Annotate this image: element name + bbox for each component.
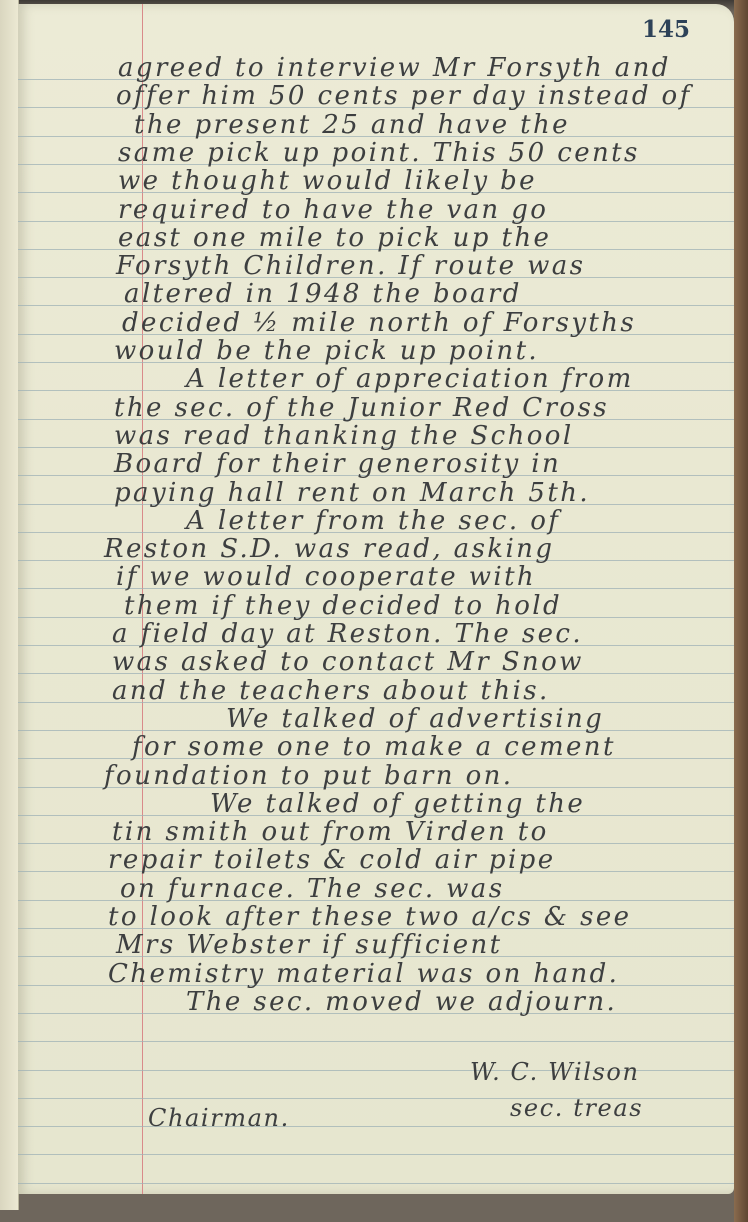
ruled-line xyxy=(18,1154,734,1155)
previous-page-edge xyxy=(0,0,19,1210)
ruled-line xyxy=(18,1183,734,1184)
handwritten-line: The sec. moved we adjourn. xyxy=(18,983,734,1021)
ruled-line xyxy=(18,1126,734,1127)
book-binding-edge xyxy=(734,0,748,1222)
page-number: 145 xyxy=(642,16,690,43)
chairman-label: Chairman. xyxy=(148,1104,290,1132)
secretary-title: sec. treas xyxy=(510,1094,643,1122)
ledger-page: 145 agreed to interview Mr Forsyth andof… xyxy=(18,4,734,1194)
secretary-signature: W. C. Wilson xyxy=(470,1058,640,1086)
ruled-line xyxy=(18,1041,734,1042)
